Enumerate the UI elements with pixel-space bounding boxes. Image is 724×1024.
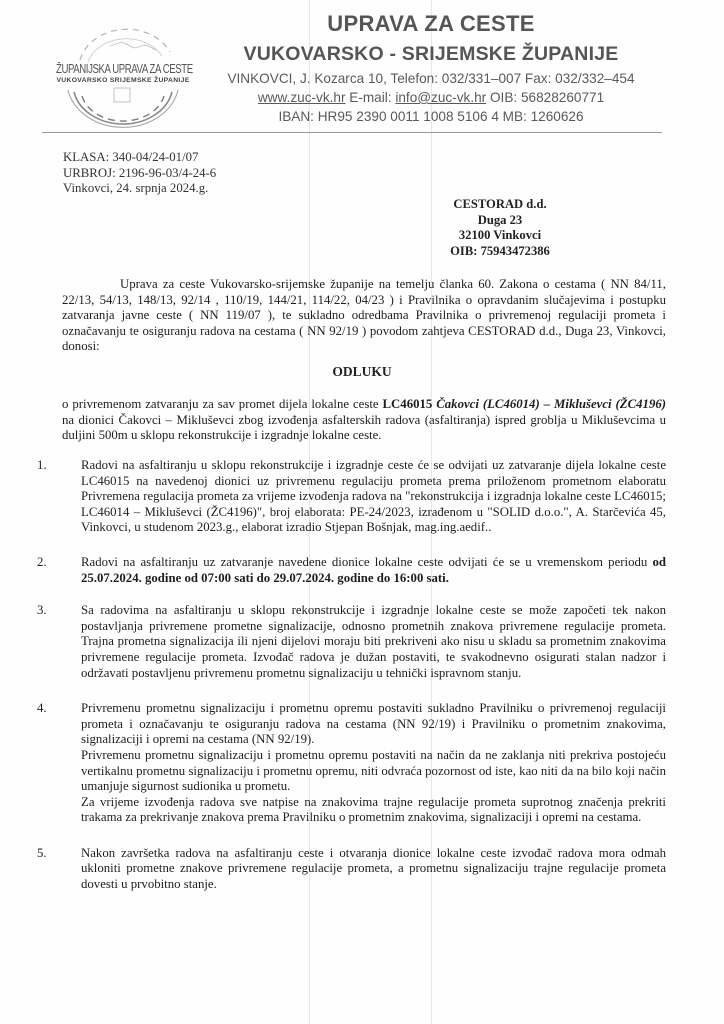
email-link[interactable]: info@zuc-vk.hr: [395, 90, 486, 105]
logo-text-primary: ŽUPANIJSKA UPRAVA ZA CESTE: [56, 62, 190, 77]
organization-title: UPRAVA ZA CESTE: [196, 10, 666, 38]
item-text-pre: Radovi na asfaltiranju uz zatvaranje nav…: [81, 555, 652, 569]
list-item: 1. Radovi na asfaltiranju u sklopu rekon…: [20, 458, 666, 536]
road-code: LC46015: [383, 397, 437, 411]
recipient-name: CESTORAD d.d.: [430, 197, 570, 213]
item-number: 3.: [37, 603, 47, 619]
organization-info: UPRAVA ZA CESTE VUKOVARSKO - SRIJEMSKE Ž…: [196, 10, 666, 126]
subject-post: na dionici Čakovci – Mikluševci zbog izv…: [62, 413, 666, 443]
document-reference: KLASA: 340-04/24-01/07 URBROJ: 2196-96-0…: [63, 150, 216, 197]
place-date: Vinkovci, 24. srpnja 2024.g.: [63, 181, 216, 197]
recipient-street: Duga 23: [430, 213, 570, 229]
iban-line: IBAN: HR95 2390 0011 1008 5106 4 MB: 126…: [196, 107, 666, 126]
organization-logo: ŽUPANIJSKA UPRAVA ZA CESTE VUKOVARSKO SR…: [52, 18, 192, 128]
list-item: 4. Privremenu prometnu signalizaciju i p…: [20, 701, 666, 826]
recipient-oib: OIB: 75943472386: [430, 244, 570, 260]
item-text: Sa radovima na asfaltiranju u sklopu rek…: [81, 603, 666, 681]
list-item: 2. Radovi na asfaltiranju uz zatvaranje …: [20, 555, 666, 586]
header-divider: [42, 132, 662, 133]
item-number: 1.: [37, 458, 47, 474]
list-item: 3. Sa radovima na asfaltiranju u sklopu …: [20, 603, 666, 681]
logo-text-secondary: VUKOVARSKO SRIJEMSKE ŽUPANIJE: [56, 77, 190, 84]
item-number: 4.: [37, 701, 47, 717]
item-paragraph: Privremenu prometnu signalizaciju i prom…: [81, 701, 666, 748]
subject-pre: o privremenom zatvaranju za sav promet d…: [62, 397, 383, 411]
intro-paragraph: Uprava za ceste Vukovarsko-srijemske žup…: [62, 277, 666, 355]
list-item: 5. Nakon završetka radova na asfaltiranj…: [20, 846, 666, 893]
organization-subtitle: VUKOVARSKO - SRIJEMSKE ŽUPANIJE: [196, 39, 666, 69]
road-name: Čakovci (LC46014) – Mikluševci (ŽC4196): [436, 397, 666, 411]
klasa: KLASA: 340-04/24-01/07: [63, 150, 216, 166]
item-text: Radovi na asfaltiranju u sklopu rekonstr…: [81, 458, 666, 536]
decision-title: ODLUKU: [0, 364, 724, 380]
item-number: 5.: [37, 846, 47, 862]
oib-value: 56828260771: [521, 90, 604, 105]
item-text: Radovi na asfaltiranju uz zatvaranje nav…: [81, 555, 666, 586]
item-paragraph: Privremenu prometnu signalizaciju i prom…: [81, 748, 666, 795]
item-paragraph: Za vrijeme izvođenja radova sve natpise …: [81, 795, 666, 826]
website-link[interactable]: www.zuc-vk.hr: [258, 90, 346, 105]
item-number: 2.: [37, 555, 47, 571]
recipient-city: 32100 Vinkovci: [430, 228, 570, 244]
oib-label: OIB:: [490, 90, 517, 105]
urbroj: URBROJ: 2196-96-03/4-24-6: [63, 166, 216, 182]
letterhead: ŽUPANIJSKA UPRAVA ZA CESTE VUKOVARSKO SR…: [0, 0, 724, 140]
recipient-address: CESTORAD d.d. Duga 23 32100 Vinkovci OIB…: [430, 197, 570, 259]
decision-subject: o privremenom zatvaranju za sav promet d…: [62, 397, 666, 444]
decision-items: 1. Radovi na asfaltiranju u sklopu rekon…: [20, 458, 666, 893]
address-line: VINKOVCI, J. Kozarca 10, Telefon: 032/33…: [196, 69, 666, 88]
contact-line: www.zuc-vk.hr E-mail: info@zuc-vk.hr OIB…: [196, 88, 666, 107]
item-text: Nakon završetka radova na asfaltiranju c…: [81, 846, 666, 893]
email-label: E-mail:: [349, 90, 391, 105]
